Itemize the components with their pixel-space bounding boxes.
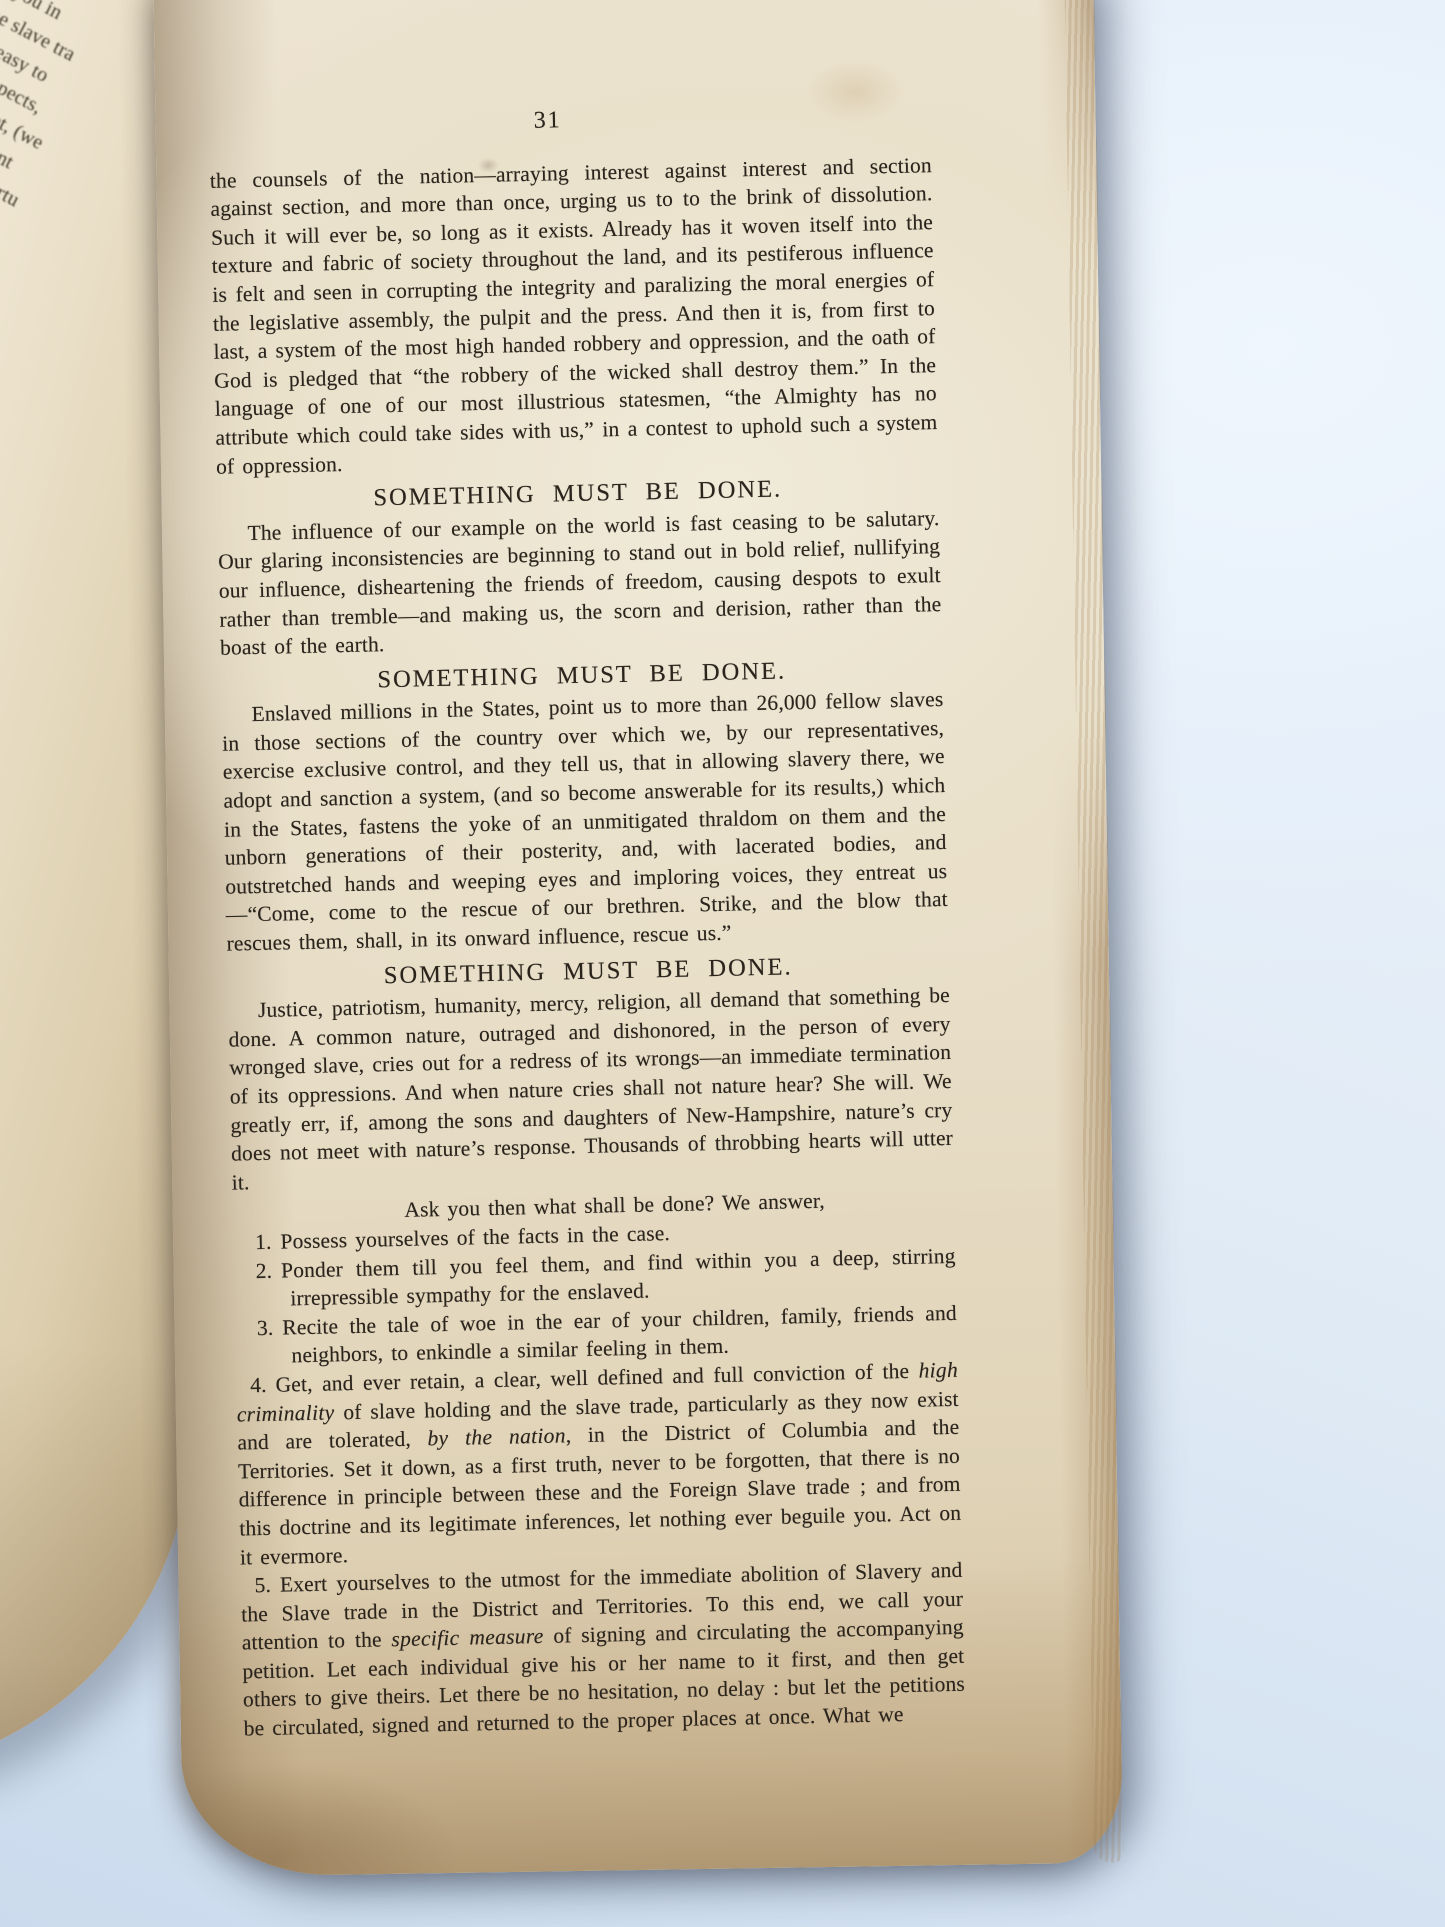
section-paragraph-1: The influence of our example on the worl… (217, 504, 942, 663)
list-number: 1. (255, 1230, 281, 1255)
list-number: 4. (250, 1373, 276, 1398)
book-photograph: fellow citizens, to put you inative of s… (0, 0, 1445, 1927)
list-number: 5. (254, 1573, 280, 1598)
list-number: 3. (257, 1315, 283, 1340)
italic-phrase: specific measure (391, 1624, 544, 1651)
answer-item-4: 4.Get, and ever retain, a clear, well de… (236, 1356, 962, 1572)
page-text-block: 31 the counsels of the nation—arraying i… (208, 98, 965, 1743)
page-number: 31 (164, 98, 930, 143)
section-paragraph-2: Enslaved millions in the States, point u… (221, 685, 948, 958)
italic-phrase: by the nation (427, 1424, 566, 1451)
list-number: 2. (255, 1258, 281, 1283)
paragraph-continuation: the counsels of the nation—arraying inte… (210, 151, 939, 481)
answer-item-5: 5.Exert yourselves to the utmost for the… (240, 1556, 966, 1743)
right-page: 31 the counsels of the nation—arraying i… (153, 0, 1123, 1877)
section-paragraph-3: Justice, patriotism, humanity, mercy, re… (228, 981, 954, 1197)
